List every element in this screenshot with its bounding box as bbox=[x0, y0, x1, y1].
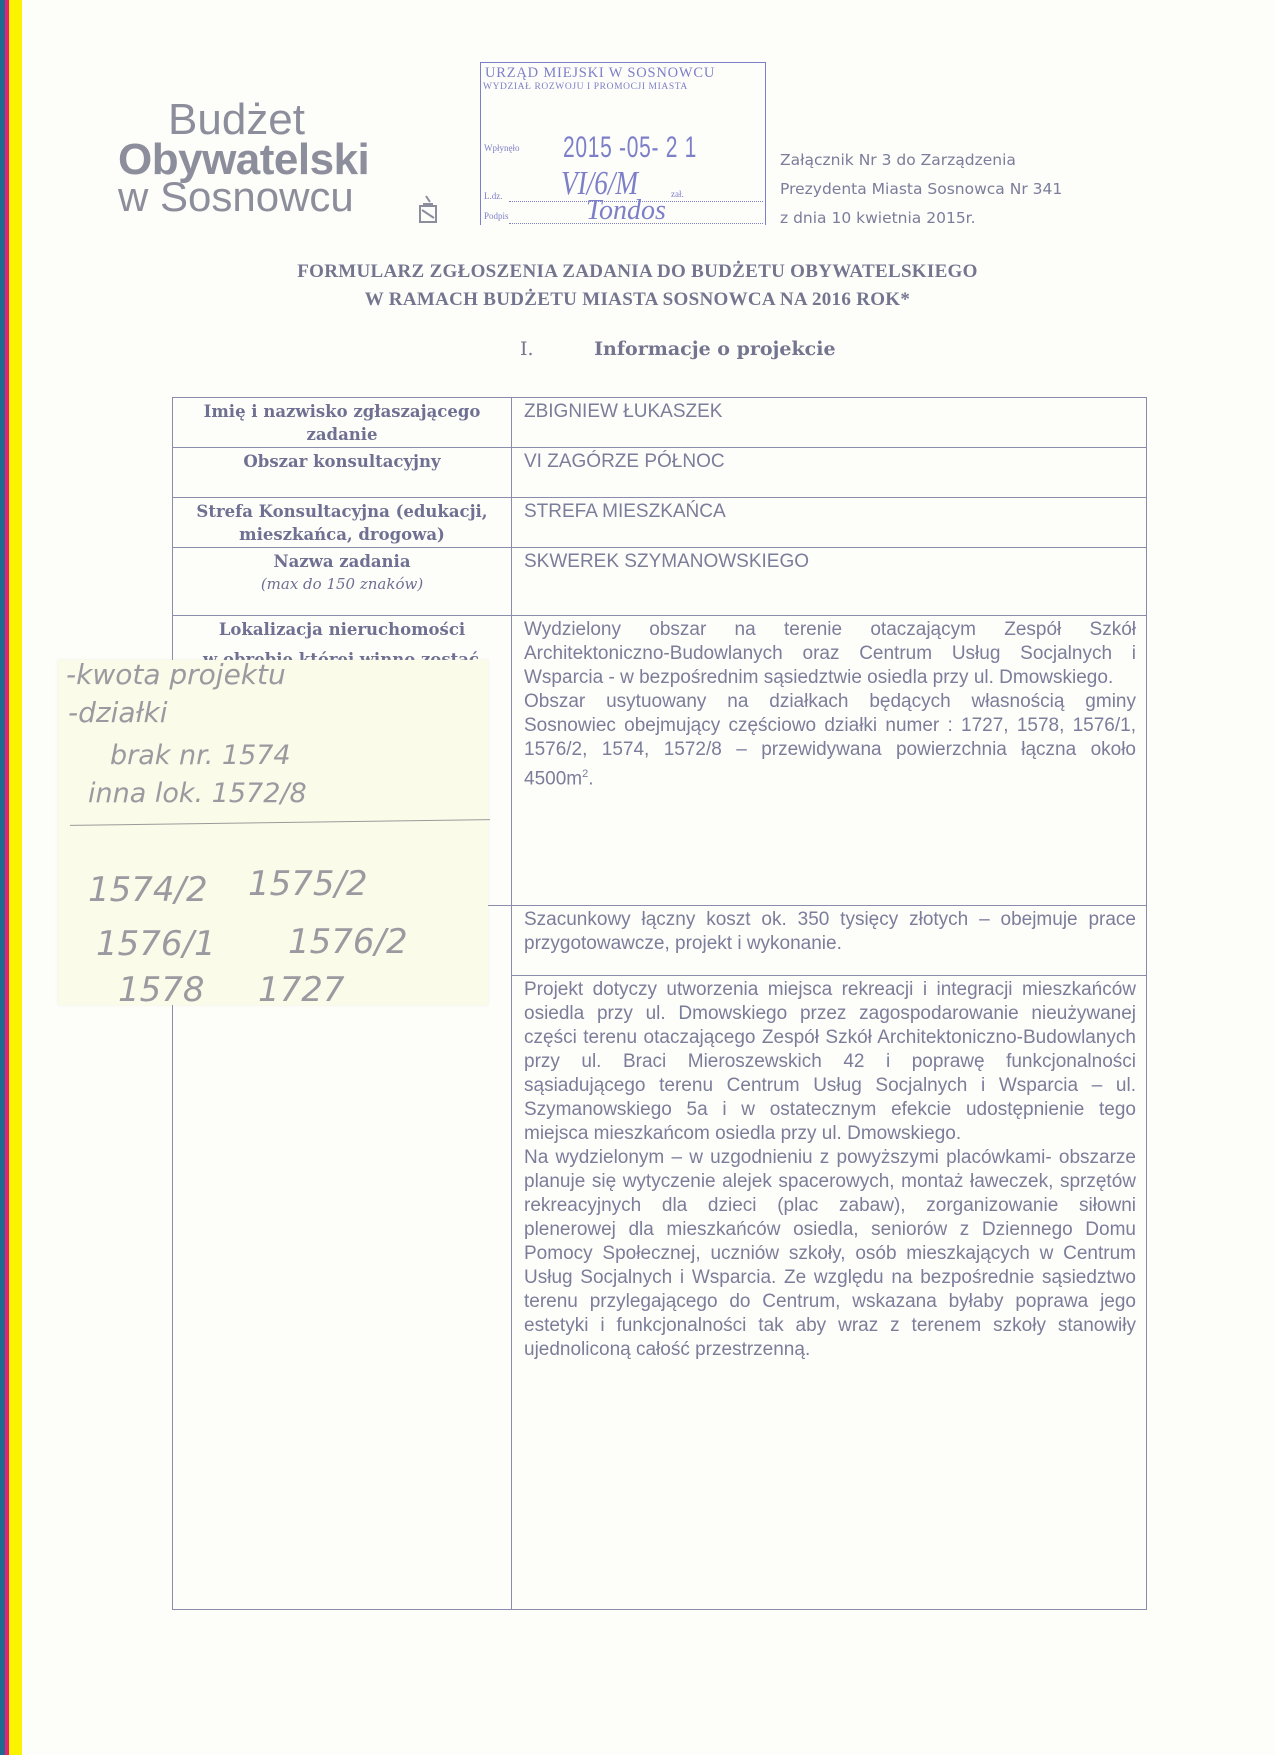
note-line-2: -działki bbox=[68, 696, 168, 729]
note-parcel-6: 1727 bbox=[258, 970, 345, 1010]
form-title: FORMULARZ ZGŁOSZENIA ZADANIA DO BUDŻETU … bbox=[0, 258, 1275, 314]
note-divider bbox=[70, 819, 490, 826]
table-row: Strefa Konsultacyjna (edukacji, mieszkań… bbox=[173, 498, 1147, 548]
table-row: Imię i nazwisko zgłaszającego zadanie ZB… bbox=[173, 398, 1147, 448]
stamp-ldz-label: L.dz. bbox=[484, 191, 503, 201]
value-property-location: Wydzielony obszar na terenie otaczającym… bbox=[512, 616, 1147, 906]
location-end: . bbox=[588, 768, 593, 789]
note-parcel-4: 1576/2 bbox=[288, 922, 408, 962]
location-paragraph-1: Wydzielony obszar na terenie otaczającym… bbox=[524, 618, 1136, 690]
value-task-name: SKWEREK SZYMANOWSKIEGO bbox=[512, 548, 1147, 616]
table-row: Obszar konsultacyjny VI ZAGÓRZE PÓŁNOC bbox=[173, 448, 1147, 498]
registry-stamp: URZĄD MIEJSKI W SOSNOWCU WYDZIAŁ ROZWOJU… bbox=[480, 62, 766, 225]
attachment-line-3: z dnia 10 kwietnia 2015r. bbox=[780, 204, 1062, 233]
table-row: Projekt dotyczy utworzenia miejsca rekre… bbox=[173, 976, 1147, 1610]
form-title-line-1: FORMULARZ ZGŁOSZENIA ZADANIA DO BUDŻETU … bbox=[0, 258, 1275, 286]
attachment-note: Załącznik Nr 3 do Zarządzenia Prezydenta… bbox=[780, 146, 1062, 233]
property-location-label: Lokalizacja nieruchomości bbox=[173, 618, 511, 641]
handwritten-sticky-note: -kwota projektu -działki brak nr. 1574 i… bbox=[58, 660, 488, 1005]
value-consultation-area: VI ZAGÓRZE PÓŁNOC bbox=[512, 448, 1147, 498]
value-estimated-cost: Szacunkowy łączny koszt ok. 350 tysięcy … bbox=[512, 906, 1147, 976]
description-paragraph-2: Na wydzielonym – w uzgodnieniu z powyższ… bbox=[524, 1146, 1136, 1362]
attachment-line-1: Załącznik Nr 3 do Zarządzenia bbox=[780, 146, 1062, 175]
note-parcel-5: 1578 bbox=[118, 970, 205, 1010]
stamp-org-line-2: WYDZIAŁ ROZWOJU I PROMOCJI MIASTA bbox=[483, 82, 765, 92]
note-parcel-1: 1574/2 bbox=[88, 870, 208, 910]
label-applicant-name: Imię i nazwisko zgłaszającego zadanie bbox=[173, 398, 512, 448]
note-parcel-2: 1575/2 bbox=[248, 864, 368, 904]
stamp-org-line-1: URZĄD MIEJSKI W SOSNOWCU bbox=[485, 65, 765, 82]
stamp-signature-label: Podpis bbox=[484, 211, 509, 221]
description-paragraph-1: Projekt dotyczy utworzenia miejsca rekre… bbox=[524, 978, 1136, 1146]
task-name-sublabel: (max do 150 znaków) bbox=[173, 573, 511, 596]
note-line-1: -kwota projektu bbox=[66, 658, 286, 691]
value-project-description: Projekt dotyczy utworzenia miejsca rekre… bbox=[512, 976, 1147, 1610]
location-paragraph-2: Obszar usytuowany na działkach będących … bbox=[524, 690, 1136, 791]
ballot-box-icon bbox=[418, 192, 438, 224]
section-heading: I. Informacje o projekcie bbox=[520, 338, 836, 360]
section-title: Informacje o projekcie bbox=[594, 338, 835, 360]
form-title-line-2: W RAMACH BUDŻETU MIASTA SOSNOWCA NA 2016… bbox=[0, 286, 1275, 314]
value-consultation-zone: STREFA MIESZKAŃCA bbox=[512, 498, 1147, 548]
label-description-empty bbox=[173, 976, 512, 1610]
value-applicant-name: ZBIGNIEW ŁUKASZEK bbox=[512, 398, 1147, 448]
label-task-name: Nazwa zadania (max do 150 znaków) bbox=[173, 548, 512, 616]
stamp-zal-label: zał. bbox=[671, 189, 684, 199]
section-number: I. bbox=[520, 338, 534, 360]
label-consultation-zone: Strefa Konsultacyjna (edukacji, mieszkań… bbox=[173, 498, 512, 548]
note-line-3: brak nr. 1574 bbox=[110, 740, 291, 771]
label-consultation-area: Obszar konsultacyjny bbox=[173, 448, 512, 498]
attachment-line-2: Prezydenta Miasta Sosnowca Nr 341 bbox=[780, 175, 1062, 204]
table-row: Nazwa zadania (max do 150 znaków) SKWERE… bbox=[173, 548, 1147, 616]
logo-line-3: w Sosnowcu bbox=[118, 176, 369, 218]
stamp-received-label: Wpłynęło bbox=[484, 143, 520, 153]
task-name-label: Nazwa zadania bbox=[173, 550, 511, 573]
note-line-4: inna lok. 1572/8 bbox=[88, 778, 307, 809]
location-text: Obszar usytuowany na działkach będących … bbox=[524, 691, 1136, 789]
budget-logo: Budżet Obywatelski w Sosnowcu bbox=[118, 98, 369, 218]
note-parcel-3: 1576/1 bbox=[96, 924, 216, 964]
stamp-received-date: 2015 -05- 2 1 bbox=[563, 131, 697, 165]
